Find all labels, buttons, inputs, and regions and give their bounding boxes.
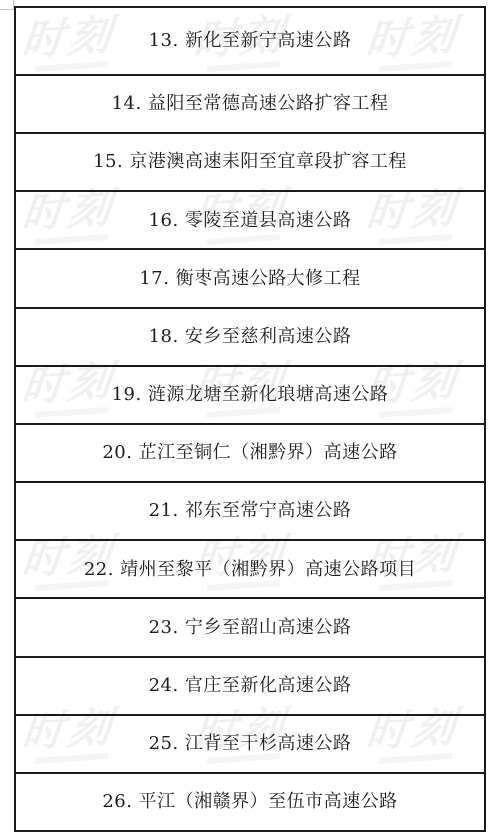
table-row: 16. 零陵至道县高速公路 xyxy=(16,190,484,248)
project-row-label: 23. 宁乡至韶山高速公路 xyxy=(149,617,352,639)
table-row: 20. 芷江至铜仁（湘黔界）高速公路 xyxy=(16,423,484,481)
project-row-label: 13. 新化至新宁高速公路 xyxy=(149,30,352,52)
table-row: 18. 安乡至慈利高速公路 xyxy=(16,307,484,365)
project-table: 13. 新化至新宁高速公路14. 益阳至常德高速公路扩容工程15. 京港澳高速耒… xyxy=(14,6,486,832)
project-row-label: 14. 益阳至常德高速公路扩容工程 xyxy=(112,93,389,115)
table-row: 26. 平江（湘赣界）至伍市高速公路 xyxy=(16,772,484,830)
table-row: 15. 京港澳高速耒阳至宜章段扩容工程 xyxy=(16,132,484,190)
project-row-label: 15. 京港澳高速耒阳至宜章段扩容工程 xyxy=(93,151,407,173)
project-row-label: 20. 芷江至铜仁（湘黔界）高速公路 xyxy=(102,442,397,464)
project-row-label: 19. 涟源龙塘至新化琅塘高速公路 xyxy=(112,384,389,406)
project-row-label: 21. 祁东至常宁高速公路 xyxy=(149,500,352,522)
project-row-label: 18. 安乡至慈利高速公路 xyxy=(149,326,352,348)
table-handle-icon xyxy=(0,0,14,10)
project-row-label: 24. 官庄至新化高速公路 xyxy=(149,675,352,697)
project-row-label: 17. 衡枣高速公路大修工程 xyxy=(139,268,360,290)
table-row: 17. 衡枣高速公路大修工程 xyxy=(16,248,484,306)
table-row: 13. 新化至新宁高速公路 xyxy=(16,8,484,74)
project-row-label: 22. 靖州至黎平（湘黔界）高速公路项目 xyxy=(84,559,416,581)
project-row-label: 26. 平江（湘赣界）至伍市高速公路 xyxy=(102,791,397,813)
project-row-label: 25. 江背至干杉高速公路 xyxy=(149,733,352,755)
table-row: 22. 靖州至黎平（湘黔界）高速公路项目 xyxy=(16,539,484,597)
table-row: 25. 江背至干杉高速公路 xyxy=(16,714,484,772)
project-row-label: 16. 零陵至道县高速公路 xyxy=(149,210,352,232)
table-row: 24. 官庄至新化高速公路 xyxy=(16,656,484,714)
table-row: 14. 益阳至常德高速公路扩容工程 xyxy=(16,74,484,132)
table-row: 21. 祁东至常宁高速公路 xyxy=(16,481,484,539)
table-row: 23. 宁乡至韶山高速公路 xyxy=(16,597,484,655)
table-row: 19. 涟源龙塘至新化琅塘高速公路 xyxy=(16,365,484,423)
